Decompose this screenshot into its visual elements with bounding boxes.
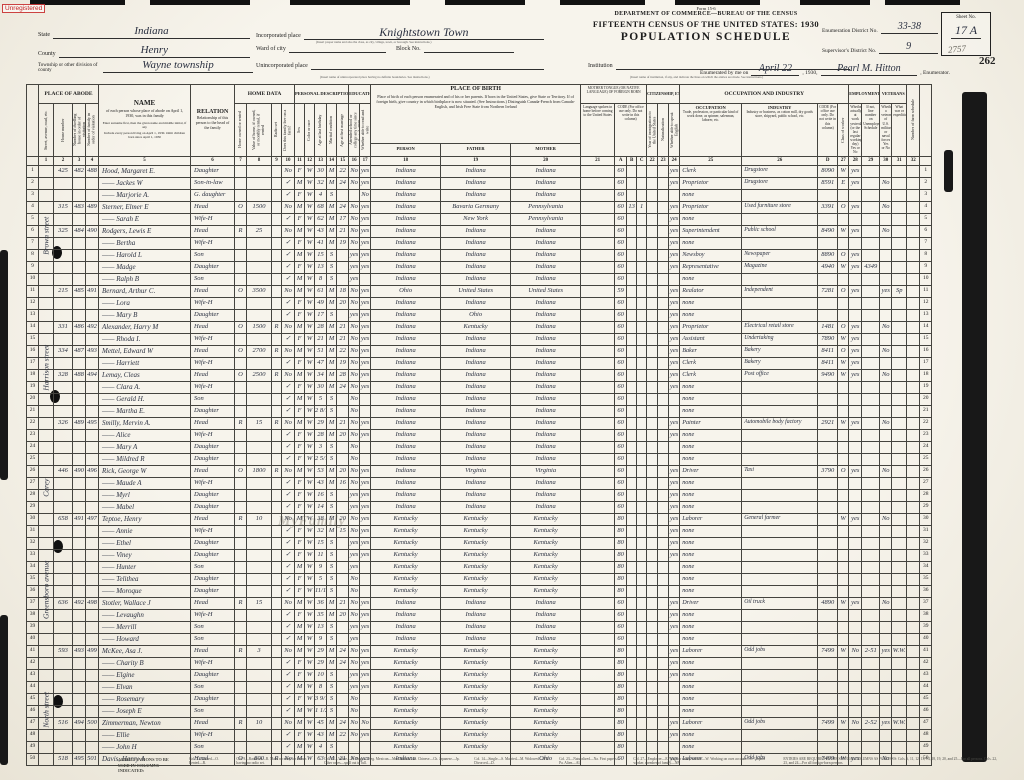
farm-schedule-header: Number of farm schedule <box>907 85 920 157</box>
marital-condition: M <box>327 513 337 525</box>
read-write <box>360 441 371 453</box>
age-first-marriage <box>337 273 349 285</box>
at-work <box>849 669 862 681</box>
code-b <box>627 669 637 681</box>
code-b <box>627 573 637 585</box>
home-value <box>247 309 272 321</box>
line-number-right: 27 <box>920 477 932 489</box>
occupation-code: 8090 <box>818 165 838 177</box>
line-number-right: 45 <box>920 693 932 705</box>
occupation: Clerk <box>680 165 742 177</box>
color-race: W <box>305 321 315 333</box>
occupation-code <box>818 669 838 681</box>
speaks-english: yes <box>669 165 680 177</box>
color-race: W <box>305 513 315 525</box>
veteran <box>880 429 892 441</box>
veteran <box>880 273 892 285</box>
birthplace-father: Indiana <box>441 477 511 489</box>
at-work <box>849 489 862 501</box>
family-number <box>86 213 99 225</box>
occupation-code <box>818 621 838 633</box>
read-write: yes <box>360 309 371 321</box>
farm-schedule <box>907 237 920 249</box>
line-number-right: 31 <box>920 525 932 537</box>
read-write: yes <box>360 381 371 393</box>
code-c <box>637 261 647 273</box>
at-work: yes <box>849 321 862 333</box>
county-field: County Henry <box>38 45 250 58</box>
speaks-english: yes <box>669 645 680 657</box>
house-number: 518 <box>54 753 73 765</box>
home-value: 2500 <box>247 369 272 381</box>
unemployment-line: 2-51 <box>862 645 880 657</box>
radio-set: R <box>272 465 282 477</box>
family-number <box>86 705 99 717</box>
immigration-year <box>647 249 658 261</box>
birthplace-mother: Kentucky <box>511 693 581 705</box>
name: —— Charity B <box>99 657 191 669</box>
home-value <box>247 429 272 441</box>
code-a: 60 <box>615 477 627 489</box>
occupation: none <box>680 609 742 621</box>
farm-schedule <box>907 453 920 465</box>
age-first-marriage <box>337 669 349 681</box>
marital-condition: S <box>327 669 337 681</box>
class-of-worker <box>838 189 849 201</box>
veteran <box>880 693 892 705</box>
occupation-code: 7281 <box>818 285 838 297</box>
farm-residence: ✓ <box>282 525 295 537</box>
code-a: 60 <box>615 357 627 369</box>
age: 2 5/12 <box>315 453 327 465</box>
sex: F <box>295 213 305 225</box>
birthplace-mother: Indiana <box>511 429 581 441</box>
radio-set <box>272 573 282 585</box>
birthplace-person: Indiana <box>371 417 441 429</box>
farm-schedule <box>907 225 920 237</box>
mother-tongue <box>581 249 615 261</box>
marital-condition: M <box>327 381 337 393</box>
color-race: W <box>305 237 315 249</box>
marital-condition: M <box>327 429 337 441</box>
family-number: 488 <box>86 165 99 177</box>
col-naturalization: Naturalization <box>658 104 669 157</box>
birthplace-father: Kentucky <box>441 321 511 333</box>
relation: Daughter <box>191 453 235 465</box>
farm-schedule <box>907 573 920 585</box>
code-b <box>627 417 637 429</box>
relation: Son <box>191 393 235 405</box>
supervisor-district-value: 9 <box>879 42 938 54</box>
code-a: 60 <box>615 417 627 429</box>
enumeration-district-field: Enumeration District No. 33-38 <box>822 22 938 34</box>
code-a: 60 <box>615 453 627 465</box>
unemployment-line <box>862 309 880 321</box>
scan-artifact <box>800 0 870 5</box>
attended-school: No <box>349 213 360 225</box>
veteran: No <box>880 465 892 477</box>
immigration-year <box>647 561 658 573</box>
naturalization <box>658 621 669 633</box>
age-first-marriage: 19 <box>337 357 349 369</box>
name: —— Rhoda I. <box>99 333 191 345</box>
family-number <box>86 489 99 501</box>
at-work: yes <box>849 597 862 609</box>
home-owned-rented <box>235 441 247 453</box>
line-number-left: 33 <box>27 549 39 561</box>
occupation: Representative <box>680 261 742 273</box>
relation: Wife-H <box>191 333 235 345</box>
birthplace-person: Kentucky <box>371 717 441 729</box>
immigration-year <box>647 573 658 585</box>
home-owned-rented <box>235 585 247 597</box>
relation: Daughter <box>191 585 235 597</box>
occupation-code: 8591 <box>818 177 838 189</box>
at-work <box>849 633 862 645</box>
home-owned-rented <box>235 261 247 273</box>
home-value <box>247 669 272 681</box>
dwelling-number <box>73 177 86 189</box>
column-number: 1 <box>39 156 54 165</box>
occupation-code <box>818 681 838 693</box>
age: 49 <box>315 297 327 309</box>
col-pob-mother: MOTHER <box>511 143 581 156</box>
unemployment-line <box>862 417 880 429</box>
attended-school: No <box>349 321 360 333</box>
marital-condition: S <box>327 573 337 585</box>
unemployment-line <box>862 393 880 405</box>
at-work <box>849 621 862 633</box>
farm-residence: ✓ <box>282 249 295 261</box>
family-number: 500 <box>86 717 99 729</box>
name: Stotler, Wallace J <box>99 597 191 609</box>
age-first-marriage: 20 <box>337 609 349 621</box>
radio-set <box>272 477 282 489</box>
age-first-marriage <box>337 393 349 405</box>
relation: Wife-H <box>191 381 235 393</box>
war-expedition <box>892 417 907 429</box>
occupation-code <box>818 729 838 741</box>
relation: Head <box>191 201 235 213</box>
age: 43 <box>315 729 327 741</box>
age-first-marriage <box>337 633 349 645</box>
line-number-right: 3 <box>920 189 932 201</box>
color-race: W <box>305 177 315 189</box>
immigration-year <box>647 705 658 717</box>
color-race: W <box>305 525 315 537</box>
war-expedition <box>892 345 907 357</box>
veteran <box>880 585 892 597</box>
color-race: W <box>305 477 315 489</box>
birthplace-person: Indiana <box>371 393 441 405</box>
incorporated-place-note: (Insert proper name and also the class, … <box>316 41 544 44</box>
farm-schedule <box>907 417 920 429</box>
age: 53 <box>315 465 327 477</box>
birthplace-mother: Kentucky <box>511 561 581 573</box>
line-number-left: 25 <box>27 453 39 465</box>
farm-residence: ✓ <box>282 585 295 597</box>
family-number <box>86 441 99 453</box>
enumerator-label: , Enumerator. <box>920 70 950 76</box>
color-race: W <box>305 693 315 705</box>
occupation-code <box>818 453 838 465</box>
col-farm: Does this family live on a farm? <box>282 104 295 157</box>
immigration-year <box>647 717 658 729</box>
mother-tongue <box>581 609 615 621</box>
birthplace-father: Kentucky <box>441 705 511 717</box>
radio-set <box>272 609 282 621</box>
home-owned-rented <box>235 429 247 441</box>
naturalization <box>658 201 669 213</box>
naturalization <box>658 561 669 573</box>
age-first-marriage <box>337 621 349 633</box>
street-cell <box>39 753 54 765</box>
column-number: 11 <box>295 156 305 165</box>
radio-set <box>272 729 282 741</box>
mother-tongue <box>581 189 615 201</box>
immigration-year <box>647 453 658 465</box>
radio-set <box>272 405 282 417</box>
read-write: yes <box>360 297 371 309</box>
radio-set <box>272 273 282 285</box>
marital-condition: M <box>327 597 337 609</box>
birthplace-mother: Kentucky <box>511 741 581 753</box>
class-of-worker: W <box>838 417 849 429</box>
dwelling-number <box>73 237 86 249</box>
code-c <box>637 237 647 249</box>
dwelling-number <box>73 213 86 225</box>
line-number-right: 34 <box>920 561 932 573</box>
code-c <box>637 597 647 609</box>
age: 68 <box>315 201 327 213</box>
age-first-marriage <box>337 489 349 501</box>
relation: Son <box>191 273 235 285</box>
class-of-worker <box>838 309 849 321</box>
name: Zimmerman, Newton <box>99 717 191 729</box>
line-number-left: 18 <box>27 369 39 381</box>
war-expedition <box>892 453 907 465</box>
marital-condition: S <box>327 501 337 513</box>
occupation: none <box>680 489 742 501</box>
col-occupation: OCCUPATION Trade, profession, or particu… <box>680 104 742 157</box>
sex: F <box>295 357 305 369</box>
occupation: Proprietor <box>680 201 742 213</box>
farm-schedule <box>907 213 920 225</box>
color-race: W <box>305 201 315 213</box>
mother-tongue <box>581 237 615 249</box>
footer-note: Col. 7—Owned—O. Rented—R. <box>189 757 226 766</box>
name: —— Hunter <box>99 561 191 573</box>
marital-condition: S <box>327 681 337 693</box>
veteran <box>880 729 892 741</box>
code-c <box>637 585 647 597</box>
col-home-value: Value of home, if owned, or monthly rent… <box>247 104 272 157</box>
read-write <box>360 273 371 285</box>
home-owned-rented <box>235 561 247 573</box>
line-number-left: 2 <box>27 177 39 189</box>
immigration-year <box>647 309 658 321</box>
house-number <box>54 585 73 597</box>
sex: M <box>295 681 305 693</box>
census-row: 41593493499McKee, Asa J.HeadR3NoMW29M24N… <box>27 645 932 657</box>
census-row: 27—— Maude AWife-H✓FW43M16NoyesIndianaIn… <box>27 477 932 489</box>
speaks-english: yes <box>669 333 680 345</box>
house-number <box>54 621 73 633</box>
census-row: 4315483489Sterner, Elmer EHeadO1500NoMW6… <box>27 201 932 213</box>
read-write <box>360 705 371 717</box>
code-c <box>637 681 647 693</box>
at-work <box>849 609 862 621</box>
age-first-marriage: 20 <box>337 513 349 525</box>
naturalization <box>658 369 669 381</box>
industry: General farmer <box>742 513 818 525</box>
relation: Wife-H <box>191 609 235 621</box>
line-number-header <box>27 85 39 157</box>
scan-artifact <box>560 0 645 5</box>
marital-condition: S <box>327 693 337 705</box>
enumerated-date: April 22 <box>751 64 799 76</box>
code-a: 60 <box>615 369 627 381</box>
birthplace-father: Bavaria Germany <box>441 201 511 213</box>
dwelling-number: 484 <box>73 225 86 237</box>
house-number <box>54 453 73 465</box>
census-row: 17—— HarriettWife-H✓FW47M19NoyesIndianaI… <box>27 357 932 369</box>
line-number-left: 5 <box>27 213 39 225</box>
birthplace-mother: Indiana <box>511 405 581 417</box>
read-write: yes <box>360 201 371 213</box>
speaks-english: yes <box>669 465 680 477</box>
mother-tongue <box>581 297 615 309</box>
line-number-right: 7 <box>920 237 932 249</box>
family-number <box>86 633 99 645</box>
name: McKee, Asa J. <box>99 645 191 657</box>
name: —— Ralph B <box>99 273 191 285</box>
color-race: W <box>305 189 315 201</box>
code-b <box>627 405 637 417</box>
home-value <box>247 453 272 465</box>
birthplace-person: Kentucky <box>371 537 441 549</box>
occupation-code <box>818 213 838 225</box>
code-c <box>637 561 647 573</box>
sex: F <box>295 501 305 513</box>
color-race: W <box>305 645 315 657</box>
industry <box>742 237 818 249</box>
industry: Automobile body factory <box>742 417 818 429</box>
col-birth-code: CODE (For office use only. Do not write … <box>615 104 647 157</box>
family-number <box>86 609 99 621</box>
birthplace-father: Indiana <box>441 453 511 465</box>
war-expedition <box>892 633 907 645</box>
birthplace-mother: Indiana <box>511 501 581 513</box>
col-pob-father: FATHER <box>441 143 511 156</box>
code-c <box>637 645 647 657</box>
birthplace-mother: Kentucky <box>511 705 581 717</box>
pob-title: PLACE OF BIRTH <box>374 86 577 94</box>
line-number-right: 39 <box>920 621 932 633</box>
immigration-year <box>647 213 658 225</box>
home-value <box>247 501 272 513</box>
class-of-worker <box>838 729 849 741</box>
home-owned-rented <box>235 621 247 633</box>
birthplace-person: Kentucky <box>371 645 441 657</box>
code-c <box>637 249 647 261</box>
home-owned-rented: R <box>235 717 247 729</box>
family-number <box>86 405 99 417</box>
street-cell <box>39 645 54 657</box>
birthplace-person: Indiana <box>371 237 441 249</box>
veteran: No <box>880 345 892 357</box>
farm-residence: ✓ <box>282 633 295 645</box>
column-number: C <box>637 156 647 165</box>
house-number <box>54 213 73 225</box>
name: Rodgers, Lewis E <box>99 225 191 237</box>
age-first-marriage: 17 <box>337 213 349 225</box>
class-of-worker <box>838 657 849 669</box>
age-first-marriage: 20 <box>337 297 349 309</box>
col-age-married: Age at first marriage <box>337 104 349 157</box>
war-expedition: W.W. <box>892 717 907 729</box>
family-number <box>86 249 99 261</box>
census-row: 48—— EllieWife-H✓FW43M22NoyesKentuckyKen… <box>27 729 932 741</box>
birthplace-father: Indiana <box>441 393 511 405</box>
home-value <box>247 585 272 597</box>
industry: Independent <box>742 285 818 297</box>
line-number-right: 40 <box>920 633 932 645</box>
farm-residence: No <box>282 165 295 177</box>
industry: Newspaper <box>742 249 818 261</box>
speaks-english <box>669 681 680 693</box>
radio-set <box>272 261 282 273</box>
industry <box>742 501 818 513</box>
naturalization <box>658 177 669 189</box>
sex: M <box>295 201 305 213</box>
home-value: 10 <box>247 717 272 729</box>
at-work <box>849 525 862 537</box>
census-row: 2—— Jackes WSon-in-law✓MW32M24NoyesIndia… <box>27 177 932 189</box>
col-color-race: Color or race <box>305 104 315 157</box>
family-number <box>86 381 99 393</box>
code-b <box>627 249 637 261</box>
code-a: 60 <box>615 429 627 441</box>
war-expedition <box>892 393 907 405</box>
name: —— Ethel <box>99 537 191 549</box>
code-b <box>627 537 637 549</box>
line-number-left: 8 <box>27 249 39 261</box>
home-value <box>247 213 272 225</box>
line-number-left: 9 <box>27 261 39 273</box>
code-b <box>627 285 637 297</box>
radio-set <box>272 741 282 753</box>
home-value <box>247 477 272 489</box>
occupation: none <box>680 729 742 741</box>
home-value <box>247 261 272 273</box>
attended-school: No <box>349 429 360 441</box>
unemployment-line <box>862 561 880 573</box>
col-class-of-worker: Class of worker <box>838 104 849 157</box>
marital-condition: M <box>327 297 337 309</box>
marital-condition: S <box>327 549 337 561</box>
family-number: 493 <box>86 345 99 357</box>
dwelling-number: 494 <box>73 717 86 729</box>
veteran: No <box>880 225 892 237</box>
farm-residence: ✓ <box>282 381 295 393</box>
col-school: Attended school or college any time sinc… <box>349 104 360 157</box>
code-b <box>627 309 637 321</box>
birthplace-person: Indiana <box>371 477 441 489</box>
mother-tongue <box>581 429 615 441</box>
age-first-marriage <box>337 681 349 693</box>
veteran <box>880 489 892 501</box>
